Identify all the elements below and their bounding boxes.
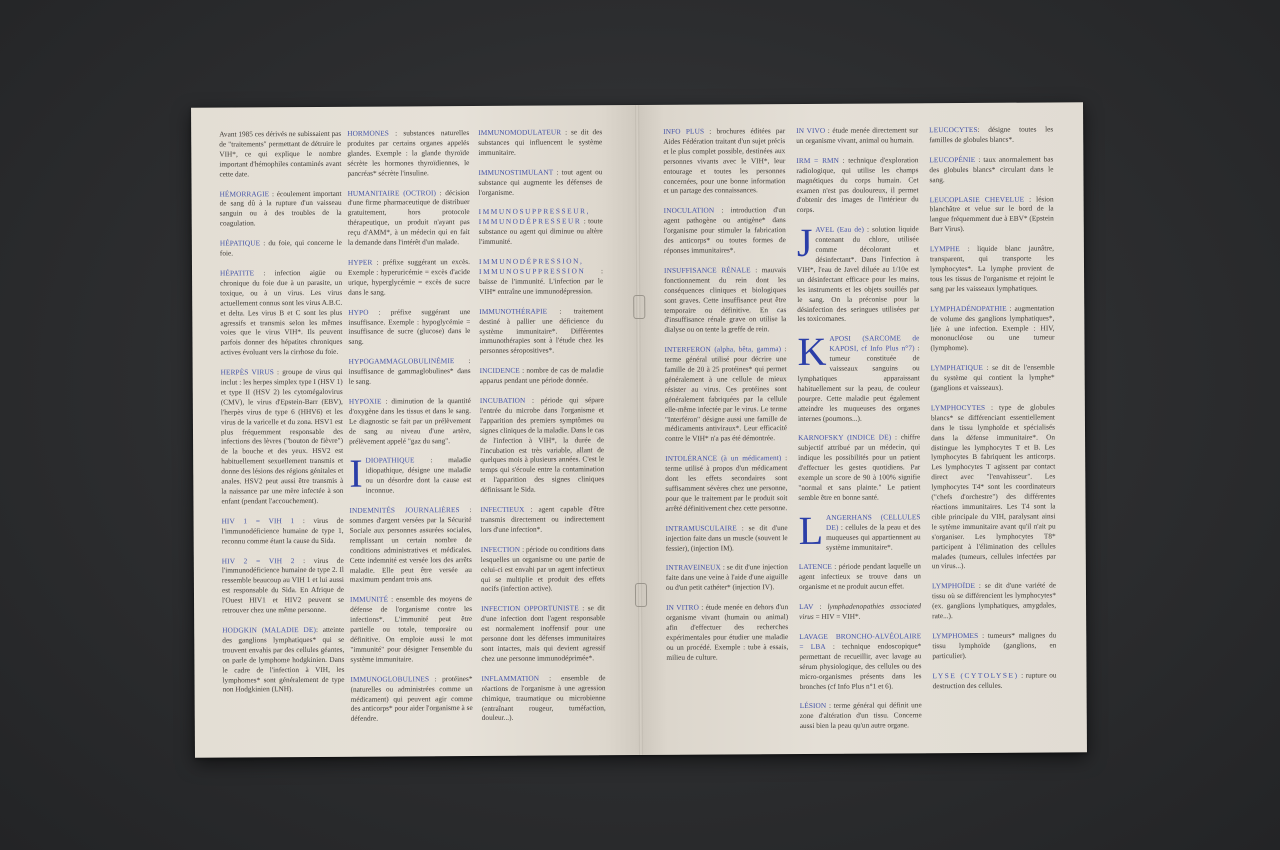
- glossary-entry: LAVAGE BRONCHO-ALVÉOLAIRE = LBA : techni…: [799, 631, 921, 691]
- glossary-entry: INSUFFISANCE RÉNALE : mauvais fonctionne…: [664, 265, 786, 335]
- glossary-entry: IMMUNOTHÉRAPIE : traitement destiné à pa…: [479, 306, 603, 356]
- staple-top: [633, 295, 645, 319]
- glossary-entry: LYMPHE : liquide blanc jaunâtre, transpa…: [930, 244, 1054, 294]
- glossary-entry: INFLAMMATION : ensemble de réactions de …: [481, 673, 605, 723]
- column-3: IMMUNOMODULATEUR : se dit des substances…: [478, 127, 606, 733]
- glossary-term: LYSE (CYTOLYSE): [932, 670, 1018, 680]
- glossary-term: HIV 1 = VIH 1: [222, 516, 295, 525]
- glossary-definition: : infection aigüe ou chronique du foie d…: [220, 268, 342, 357]
- glossary-term: INTOLÉRANCE (à un médicament): [665, 453, 781, 463]
- glossary-definition: : mauvais fonctionnement du rein dont le…: [664, 265, 786, 334]
- glossary-definition: : ensemble des moyens de défense de l'or…: [350, 594, 472, 663]
- glossary-term: HÉPATIQUE: [220, 238, 260, 247]
- glossary-term: AVEL (Eau de): [815, 225, 864, 234]
- glossary-entry: LEUCOCYTES: désigne toutes les familles …: [929, 124, 1053, 145]
- glossary-term: HORMONES: [347, 129, 389, 138]
- glossary-term: INFECTION OPPORTUNISTE: [481, 604, 579, 614]
- glossary-entry: HÉPATIQUE : du foie, qui concerne le foi…: [220, 238, 342, 259]
- column-6: LEUCOCYTES: désigne toutes les familles …: [929, 124, 1057, 700]
- glossary-term: LEUCOCYTES: [929, 125, 977, 134]
- glossary-definition: : solution liquide contenant du chlore, …: [797, 225, 919, 324]
- drop-cap-letter: K: [797, 335, 826, 368]
- glossary-term: INSUFFISANCE RÉNALE: [664, 265, 751, 275]
- glossary-entry: KARNOFSKY (INDICE DE) : chiffre subjecti…: [798, 433, 920, 503]
- glossary-entry: HIV 2 = VIH 2 : virus de l'immunodéficie…: [222, 555, 344, 615]
- glossary-term: INFO PLUS: [663, 127, 704, 136]
- glossary-entry: LYMPHOMES : tumeurs* malignes du tissu l…: [932, 630, 1056, 660]
- glossary-term: LYMPHOÏDE: [932, 581, 975, 590]
- glossary-entry: IMMUNOGLOBULINES : protéines* (naturelle…: [350, 674, 472, 724]
- glossary-term: IN VITRO: [666, 603, 699, 612]
- glossary-entry: HERPÈS VIRUS : groupe de virus qui inclu…: [221, 367, 344, 506]
- glossary-term: INFECTIEUX: [480, 505, 524, 514]
- glossary-entry: IRM = RMN : technique d'exploration radi…: [796, 155, 918, 215]
- glossary-term: LYMPHOCYTES: [931, 403, 985, 412]
- glossary-entry: LYMPHOÏDE : se dit d'une variété de tiss…: [932, 581, 1056, 621]
- glossary-entry: LYMPHATIQUE : se dit de l'ensemble du sy…: [931, 363, 1055, 393]
- glossary-term: INOCULATION: [664, 206, 715, 215]
- glossary-term: INDEMNITÉS JOURNALIÈRES: [349, 505, 459, 515]
- glossary-term: LÉSION: [800, 701, 827, 710]
- glossary-term: HUMANITAIRE (OCTROI): [348, 188, 437, 198]
- glossary-term: HYPO: [348, 307, 368, 316]
- glossary-term: HYPER: [348, 258, 372, 267]
- glossary-definition: : type de globules blancs* se différenci…: [931, 402, 1056, 570]
- glossary-entry: LEUCOPÉNIE : taux anormalement bas des g…: [929, 154, 1053, 184]
- glossary-entry: LYMPHOCYTES : type de globules blancs* s…: [931, 402, 1056, 571]
- glossary-term: IMMUNOMODULATEUR: [478, 127, 561, 137]
- glossary-term: LYMPHOMES: [932, 631, 978, 640]
- glossary-entry: LYMPHADÉNOPATHIE : augmentation de volum…: [930, 303, 1054, 353]
- glossary-term: LATENCE: [799, 562, 832, 571]
- glossary-definition: : brochures éditées par Aides Fédération…: [663, 126, 785, 195]
- glossary-entry: LEUCOPLASIE CHEVELUE : lésion blanchâtre…: [930, 194, 1054, 234]
- glossary-term: IMMUNODÉPRESSION, IMMUNOSUPPRESSION: [479, 256, 585, 276]
- glossary-entry: INTERFERON (alpha, bêta, gamma) : terme …: [664, 344, 787, 444]
- glossary-definition-tail: = HIV = VIH*.: [814, 612, 861, 621]
- glossary-entry: INFECTION OPPORTUNISTE : se dit d'une in…: [481, 604, 605, 664]
- glossary-definition: : chiffre subjectif attribué par un méde…: [798, 433, 920, 502]
- glossary-definition: : terme général utilisé pour décrire une…: [665, 344, 787, 443]
- glossary-entry: IN VITRO : étude menée en dehors d'un or…: [666, 602, 788, 662]
- glossary-entry: HYPO : préfixe suggérant une insuffisanc…: [348, 307, 470, 347]
- glossary-entry: HORMONES : substances naturelles produit…: [347, 128, 469, 178]
- glossary-term: IRM = RMN: [796, 156, 839, 165]
- drop-cap-letter: J: [797, 226, 813, 259]
- glossary-term: INCUBATION: [480, 396, 526, 405]
- glossary-term: IMMUNOTHÉRAPIE: [479, 306, 547, 315]
- glossary-term: KARNOFSKY (INDICE DE): [798, 433, 891, 443]
- glossary-term: HERPÈS VIRUS: [221, 367, 274, 376]
- open-booklet: Avant 1985 ces dérivés ne subissaient pa…: [191, 102, 1087, 757]
- glossary-term: DIOPATHIQUE: [365, 456, 414, 465]
- glossary-term: INTRAMUSCULAIRE: [666, 523, 737, 532]
- glossary-definition: : atteinte des ganglions lymphatiques* q…: [222, 625, 344, 694]
- column-1: Avant 1985 ces dérivés ne subissaient pa…: [219, 129, 345, 705]
- glossary-entry: HÉPATITE : infection aigüe ou chronique …: [220, 268, 343, 358]
- glossary-entry: INFO PLUS : brochures éditées par Aides …: [663, 126, 785, 196]
- staple-bottom: [635, 583, 647, 607]
- column-4: INFO PLUS : brochures éditées par Aides …: [663, 126, 788, 672]
- glossary-entry: INFECTION : période ou conditions dans l…: [481, 544, 605, 594]
- glossary-term: HYPOGAMMAGLOBULINÉMIE: [349, 356, 455, 366]
- glossary-entry: HUMANITAIRE (OCTROI) : décision d'une fi…: [348, 188, 470, 248]
- glossary-definition: : période qui sépare l'entrée du microbe…: [480, 395, 604, 494]
- glossary-entry: IN VIVO : étude menée directement sur un…: [796, 125, 918, 146]
- glossary-entry: INTRAMUSCULAIRE : se dit d'une injection…: [666, 523, 788, 553]
- glossary-term: LEUCOPÉNIE: [929, 155, 975, 164]
- glossary-definition: :: [813, 602, 827, 611]
- glossary-term: LYMPHADÉNOPATHIE: [930, 303, 1006, 312]
- glossary-entry: HODGKIN (MALADIE DE): atteinte des gangl…: [222, 625, 344, 695]
- glossary-entry: IMMUNODÉPRESSION, IMMUNOSUPPRESSION : ba…: [479, 256, 603, 296]
- glossary-entry: IMMUNOMODULATEUR : se dit des substances…: [478, 127, 602, 157]
- glossary-term: LYMPHE: [930, 244, 960, 253]
- glossary-term: IMMUNOSTIMULANT: [478, 167, 553, 176]
- glossary-entry: INTOLÉRANCE (à un médicament) : terme ut…: [665, 453, 787, 513]
- glossary-entry: LAV : lymphadenopathies associated virus…: [799, 601, 921, 622]
- glossary-term: IN VIVO: [796, 126, 825, 135]
- glossary-entry: INCUBATION : période qui sépare l'entrée…: [480, 395, 605, 495]
- glossary-term: INTRAVEINEUX: [666, 563, 721, 572]
- glossary-entry: HIV 1 = VIH 1 : virus de l'immunodéficie…: [222, 516, 344, 546]
- right-page: INFO PLUS : brochures éditées par Aides …: [637, 102, 1087, 755]
- glossary-entry: LÉSION : terme général qui définit une z…: [800, 701, 922, 731]
- glossary-entry: LYSE (CYTOLYSE) : rupture ou destruction…: [932, 670, 1056, 691]
- glossary-entry: IMMUNITÉ : ensemble des moyens de défens…: [350, 594, 472, 664]
- glossary-entry: INDEMNITÉS JOURNALIÈRES : sommes d'argen…: [349, 505, 471, 585]
- glossary-term: IMMUNOGLOBULINES: [350, 674, 429, 683]
- glossary-entry: HYPOGAMMAGLOBULINÉMIE : insuffisance de …: [349, 356, 471, 386]
- glossary-term: IMMUNOSUPPRESSEUR, IMMUNODÉPRESSEUR: [479, 207, 590, 227]
- glossary-term: LEUCOPLASIE CHEVELUE: [930, 194, 1025, 204]
- glossary-term: INCIDENCE: [480, 366, 520, 375]
- glossary-term: APOSI (SARCOME de KAPOSI, cf Info Plus n…: [829, 334, 919, 353]
- glossary-entry: JAVEL (Eau de) : solution liquide conten…: [797, 225, 920, 325]
- glossary-entry: IMMUNOSTIMULANT : tout agent ou substanc…: [478, 167, 602, 197]
- drop-cap-letter: I: [349, 457, 363, 490]
- left-page: Avant 1985 ces dérivés ne subissaient pa…: [191, 105, 641, 758]
- glossary-term: INFLAMMATION: [481, 673, 539, 682]
- glossary-term: INTERFERON (alpha, bêta, gamma): [664, 344, 781, 354]
- glossary-entry: LANGERHANS (CELLULES DE) : cellules de l…: [799, 512, 921, 552]
- glossary-entry: LATENCE : période pendant laquelle un ag…: [799, 562, 921, 592]
- glossary-term: HÉPATITE: [220, 268, 254, 277]
- glossary-entry: HYPER : préfixe suggérant un excès. Exem…: [348, 257, 470, 297]
- glossary-term: LAV: [799, 602, 813, 611]
- glossary-entry: INTRAVEINEUX : se dit d'une injection fa…: [666, 563, 788, 593]
- column-5: IN VIVO : étude menée directement sur un…: [796, 125, 922, 741]
- glossary-definition: : cellules de la peau et des muqueuses q…: [826, 522, 921, 551]
- glossary-entry: Avant 1985 ces dérivés ne subissaient pa…: [219, 129, 341, 179]
- glossary-entry: IDIOPATHIQUE : maladie idiopathique, dés…: [349, 455, 471, 495]
- glossary-term: HYPOXIE: [349, 397, 382, 406]
- glossary-entry: HÉMORRAGIE : écoulement important de san…: [220, 188, 342, 228]
- glossary-term: IMMUNITÉ: [350, 595, 388, 604]
- glossary-term: LYMPHATIQUE: [931, 363, 983, 372]
- glossary-term: HÉMORRAGIE: [220, 189, 270, 198]
- glossary-entry: KAPOSI (SARCOME de KAPOSI, cf Info Plus …: [797, 334, 920, 424]
- glossary-definition: : sommes d'argent versées par la Sécurit…: [350, 505, 472, 584]
- glossary-definition: : groupe de virus qui inclut : les herpe…: [221, 367, 344, 506]
- drop-cap-letter: L: [799, 514, 824, 547]
- glossary-entry: HYPOXIE : diminution de la quantité d'ox…: [349, 396, 471, 446]
- glossary-entry: INCIDENCE : nombre de cas de maladie app…: [480, 365, 604, 386]
- glossary-definition: Avant 1985 ces dérivés ne subissaient pa…: [219, 129, 341, 178]
- glossary-term: HIV 2 = VIH 2: [222, 556, 295, 565]
- glossary-entry: INOCULATION : introduction d'un agent pa…: [664, 205, 786, 255]
- column-2: HORMONES : substances naturelles produit…: [347, 128, 473, 734]
- glossary-term: HODGKIN (MALADIE DE): [222, 625, 316, 635]
- glossary-entry: IMMUNOSUPPRESSEUR, IMMUNODÉPRESSEUR : to…: [479, 207, 603, 247]
- glossary-entry: INFECTIEUX : agent capable d'être transm…: [480, 504, 604, 534]
- glossary-term: INFECTION: [481, 545, 520, 554]
